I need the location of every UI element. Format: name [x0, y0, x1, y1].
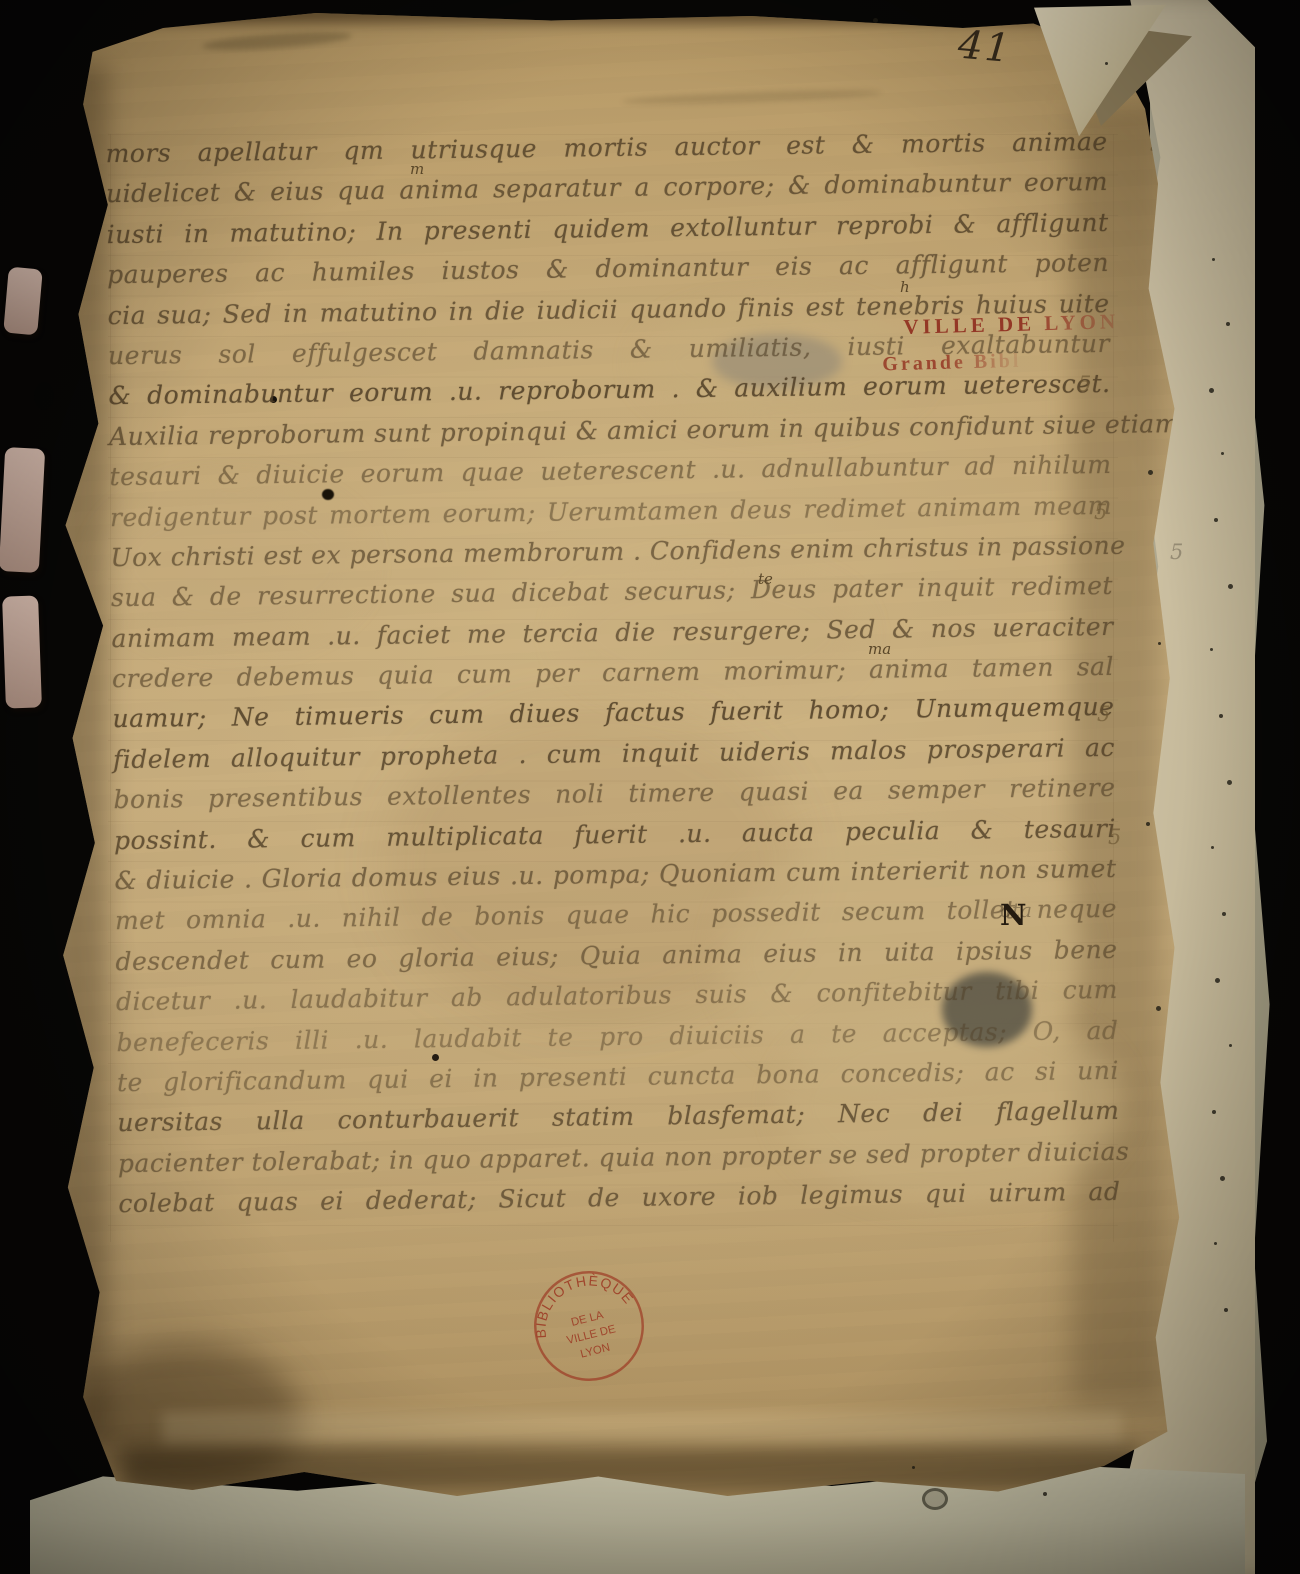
pricking-dot — [1214, 518, 1218, 522]
rect-library-stamp: VILLE DE LYON Grande Bibl — [881, 307, 1143, 392]
pricking-dot — [912, 1466, 915, 1469]
top-edge-stain — [142, 0, 1092, 24]
pricking-dot — [1228, 584, 1233, 589]
binding-hole — [34, 382, 54, 410]
folio-number: 41 — [956, 23, 1040, 75]
quire-mark: 5 — [1108, 825, 1121, 849]
pricking-dot — [1156, 1006, 1161, 1011]
pricking-dot — [1209, 388, 1214, 393]
pricking-dot — [1105, 62, 1108, 65]
pricking-dot — [1219, 714, 1223, 718]
binding-guard — [2, 595, 42, 708]
pricking-dot — [1221, 452, 1224, 455]
pen-trial-mark: 5 — [1170, 540, 1183, 564]
stamp-center-line: LYON — [579, 1342, 611, 1361]
bottom-left-stain — [72, 1344, 302, 1494]
pricking-dot — [1215, 978, 1220, 983]
pricking-dot — [1214, 1242, 1217, 1245]
faded-ink-ghost — [202, 29, 353, 53]
wormhole-blot — [922, 1488, 948, 1510]
pricking-dot — [1148, 470, 1153, 475]
pricking-dot — [873, 18, 878, 23]
interlinear-correction: ma — [868, 640, 891, 658]
pricking-dot — [1227, 780, 1232, 785]
interlinear-correction: h — [900, 278, 910, 296]
pricking-dot — [1158, 642, 1161, 645]
round-library-stamp: BIBLIOTHÈQUE DE LA VILLE DE LYON — [514, 1251, 664, 1401]
stamp-line-2: Grande Bibl — [882, 350, 1022, 377]
pricking-dot — [1211, 846, 1214, 849]
pricking-dot — [1224, 1308, 1228, 1312]
pricking-dot — [1222, 912, 1226, 916]
pricking-dot — [1146, 822, 1150, 826]
pricking-dot — [1229, 1044, 1232, 1047]
manuscript-photo: 5 mors apellatur qm utriusque mortis auc… — [0, 0, 1300, 1574]
parchment-page: mors apellatur qm utriusque mortis aucto… — [22, 4, 1198, 1502]
binding-guard — [0, 447, 45, 573]
stamp-line-1: VILLE DE LYON — [903, 309, 1119, 340]
pricking-dot — [1043, 1492, 1047, 1496]
interlinear-correction: te — [758, 570, 773, 588]
text-block: mors apellatur qm utriusque mortis aucto… — [105, 122, 1120, 1225]
quire-mark: 5 — [1097, 702, 1110, 726]
pricking-dot — [1220, 1176, 1225, 1181]
interlinear-correction: m — [410, 160, 424, 178]
pricking-dot — [1212, 1110, 1216, 1114]
quire-mark: 5 — [1094, 500, 1107, 524]
pricking-dot — [1210, 648, 1213, 651]
left-edge-stain — [48, 64, 108, 1444]
faded-ink-ghost — [622, 87, 882, 106]
pricking-dot — [1212, 258, 1215, 261]
pricking-dot — [1226, 322, 1230, 326]
binding-guard — [3, 267, 43, 336]
bottom-fold-highlight — [162, 1412, 1122, 1446]
